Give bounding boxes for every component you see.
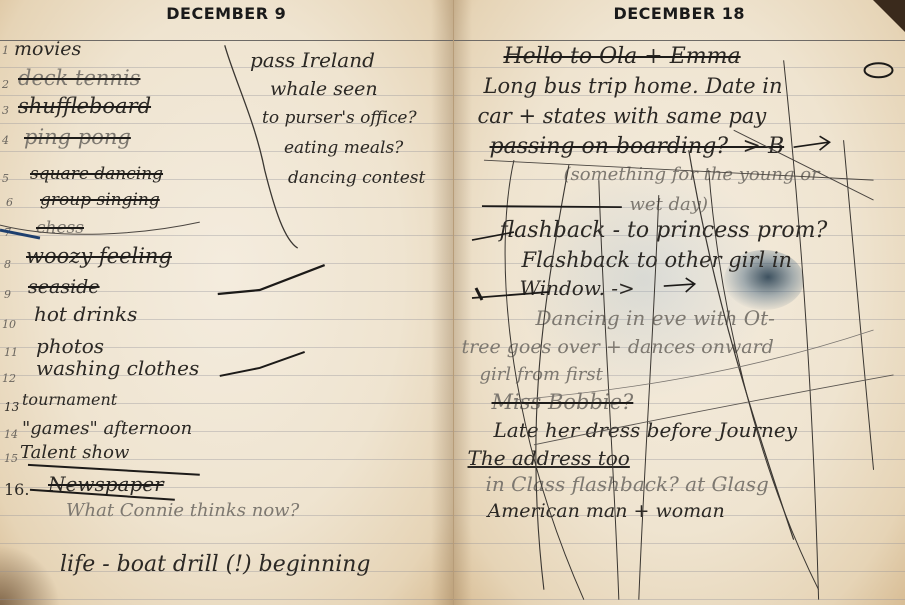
date-header-left: DECEMBER 9 [0, 4, 453, 23]
side-note: pass Ireland [250, 48, 375, 72]
list-item: "games" afternoon [22, 418, 192, 439]
note-line: girl from first [480, 364, 603, 385]
note-line: American man + woman [488, 500, 725, 522]
list-item: deck tennis [18, 66, 140, 90]
list-number: 5 [2, 172, 9, 185]
list-number: 14 [4, 428, 18, 441]
list-item: Talent show [20, 442, 129, 463]
list-item: woozy feeling [26, 244, 172, 268]
note-line: Window. -> [520, 276, 635, 300]
side-note: whale seen [270, 78, 378, 100]
list-item: ping pong [24, 125, 131, 149]
list-item: shuffleboard [18, 94, 151, 118]
right-page-december-18: DECEMBER 18 Hello to Ola + Emma Long bus… [454, 0, 905, 605]
note-line: tree goes over + dances onward [462, 336, 774, 358]
list-number: 9 [4, 288, 11, 301]
list-number: 16. [4, 480, 29, 499]
note-line: passing on boarding? -> B [490, 134, 785, 159]
note-line: in Class flashback? at Glasg [486, 472, 769, 496]
note-line: Long bus trip home. Date in [484, 74, 783, 98]
note-line: Hello to Ola + Emma [504, 44, 741, 69]
side-note: eating meals? [284, 138, 403, 158]
list-item: photos [36, 334, 104, 358]
list-number: 1 [2, 44, 9, 57]
list-item: chess [36, 218, 84, 238]
list-number: 8 [4, 258, 11, 271]
list-number: 15 [4, 452, 18, 465]
list-number: 11 [4, 346, 18, 359]
list-number: 2 [2, 78, 9, 91]
list-item: hot drinks [34, 302, 137, 326]
list-item: Newspaper [48, 472, 164, 496]
list-number: 10 [2, 318, 16, 331]
note-line: wet day) [630, 194, 708, 215]
list-number: 6 [6, 196, 13, 209]
folded-corner [873, 0, 905, 32]
list-item: seaside [28, 276, 100, 298]
diary-spread: DECEMBER 9 1 movies 2 deck tennis 3 shuf… [0, 0, 905, 605]
note-line: car + states with same pay [478, 104, 767, 128]
header-rule [454, 40, 905, 41]
note-line: Dancing in eve with Ot- [536, 306, 775, 330]
note-line: Miss Bobbie? [492, 390, 634, 414]
left-page-december-9: DECEMBER 9 1 movies 2 deck tennis 3 shuf… [0, 0, 454, 605]
list-item: movies [14, 38, 81, 60]
note-line: Late her dress before Journey [494, 418, 798, 442]
list-item: washing clothes [36, 356, 199, 380]
list-number: 12 [2, 372, 16, 385]
date-header-right: DECEMBER 18 [454, 4, 905, 23]
list-number: 13 [4, 400, 19, 414]
side-note: dancing contest [288, 168, 425, 188]
note-line: flashback - to princess prom? [500, 218, 828, 243]
note-line: (something for the young or [564, 164, 820, 185]
list-item: square dancing [30, 164, 163, 184]
list-item: tournament [22, 390, 117, 409]
note-line: The address too [468, 446, 630, 470]
list-number: 7 [4, 226, 11, 239]
list-number: 3 [2, 104, 9, 117]
list-item: group singing [40, 190, 160, 210]
list-number: 4 [2, 134, 9, 147]
faint-note: What Connie thinks now? [66, 500, 299, 521]
note-line: Flashback to other girl in [522, 248, 793, 272]
bottom-note: life - boat drill (!) beginning [60, 552, 370, 577]
side-note: to purser's office? [262, 108, 417, 128]
